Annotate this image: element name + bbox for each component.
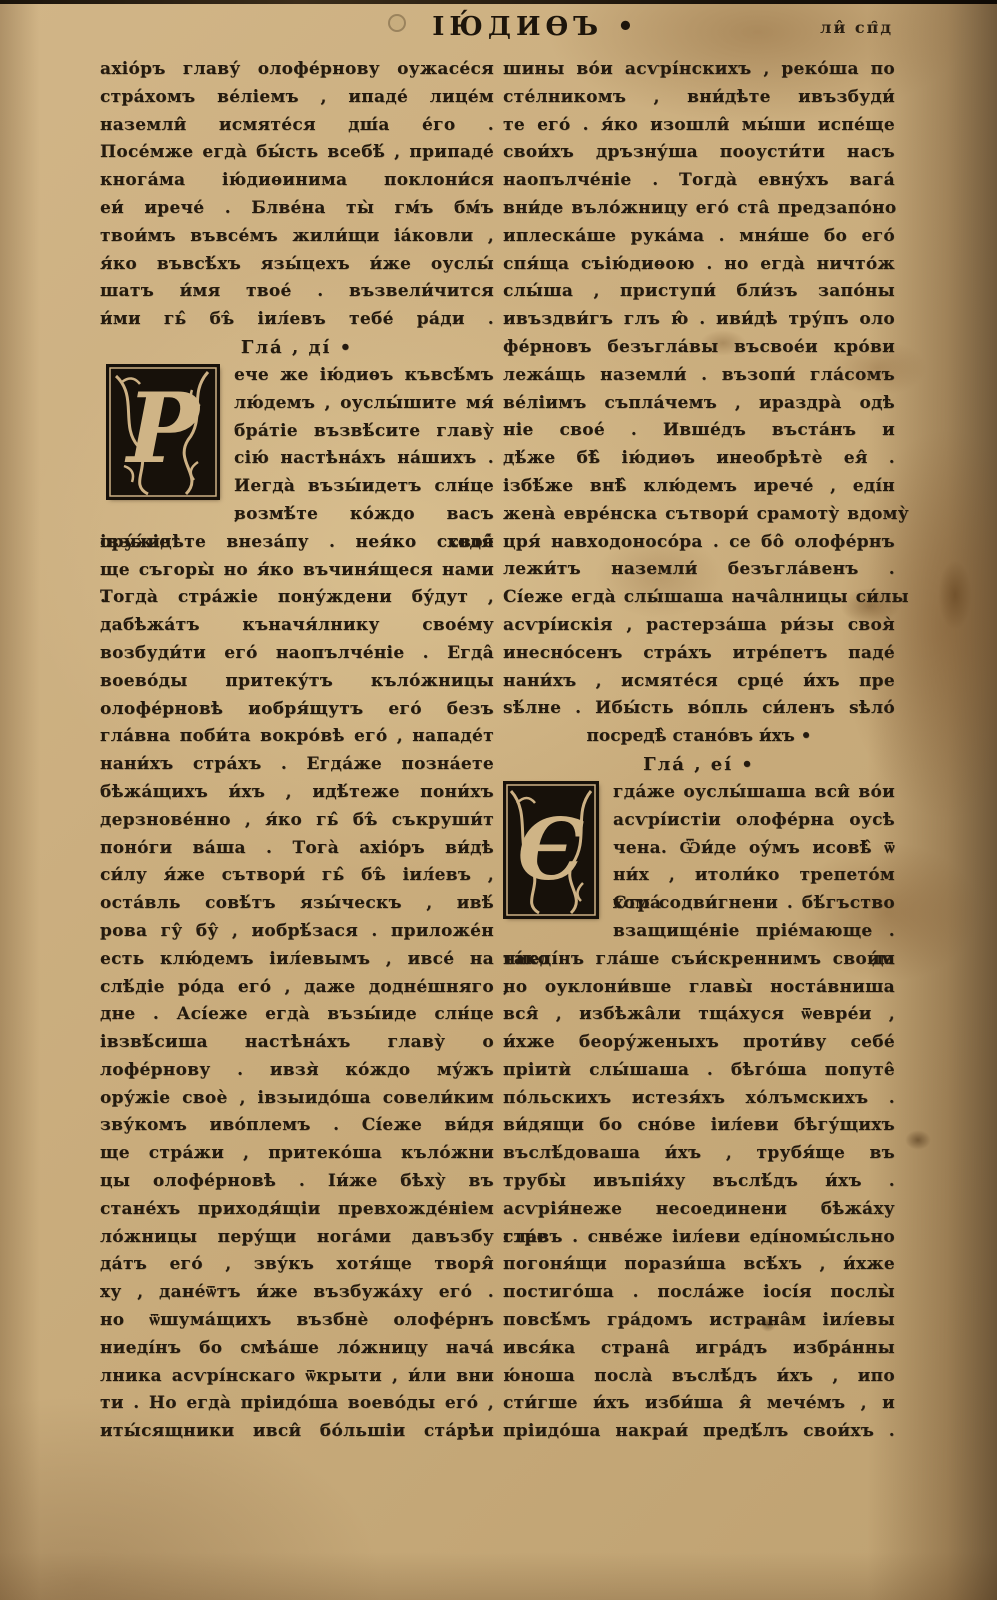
text-line: івзы́идѣте внеза́пу . нея́ко сходя̂ — [100, 529, 494, 557]
text-line: по́льскихъ истезя́хъ хо́лъмскихъ . — [503, 1085, 895, 1113]
paper-stain — [905, 1130, 931, 1150]
text-line: дѣ́же бѣ̂ ію́диѳъ инеобрѣтѐ ея̂ . — [503, 445, 895, 473]
text-line: дабѣжа́тъ къначя́лнику свое́му — [100, 612, 494, 640]
folio-number: ли̂ сп̑д — [820, 18, 893, 37]
text-line: ще стра́жи , притеко́ша къло́жни — [100, 1140, 494, 1168]
text-line: цря́ навходоносо́ра . се бо̂ олофе́рнъ — [503, 529, 895, 557]
initial-letter: Є — [505, 783, 597, 917]
woodcut-initial-e: Є — [505, 783, 597, 917]
text-line: Сі́еже егда̀ слы́шаша нача̂лницы си́лы — [503, 584, 895, 612]
text-line: лежи́тъ наземли́ безъгла́венъ . — [503, 556, 895, 584]
text-line: пріидо́ша накраи́ предѣ́лъ свои́хъ . — [503, 1418, 895, 1446]
text-line: возбуди́ти его́ наопълче́ніе . Егда̂ — [100, 640, 494, 668]
text-line: ще съгоры̀ но я́ко въчиня́щеся нами . — [100, 557, 494, 585]
text-line: асѵрія́неже несоединени бѣжа́ху стре — [503, 1196, 895, 1224]
text-line: инесно́сенъ стра́хъ итре́петъ паде́ — [503, 640, 895, 668]
text-line: слѣ́діе ро́да его́ , даже додне́шняго — [100, 974, 494, 1002]
text-line: шатъ и́мя твое́ . възвели́чится — [100, 278, 494, 306]
text-line: асѵрі́искія , растерза́ша ри́зы своя̀ — [503, 612, 895, 640]
text-line: ізбѣ́же внѣ̂ клю́демъ ирече́ , еді́н — [503, 473, 895, 501]
text-line: лежа́щь наземли́ . възопи́ гла́сомъ — [503, 362, 895, 390]
left-text-column: ахіо́ръ главу́ олофе́рнову оужасе́сястра… — [100, 56, 494, 1446]
paper-stain — [938, 560, 972, 630]
book-page-scan: ІЮ́ДИѲЪ • ли̂ сп̑д ахіо́ръ главу́ олофе́… — [0, 0, 997, 1600]
text-line: дне . Асі́еже егда̀ възы́иде слн́це — [100, 1001, 494, 1029]
text-line: вся̂ , избѣжа̂ли тща́хуся ѿевре́и , — [503, 1001, 895, 1029]
text-line: воево́ды притеку́тъ къло́жницы — [100, 668, 494, 696]
text-line: ниеді́нъ бо смѣа́ше ло́жницу нача́ — [100, 1335, 494, 1363]
text-line: стане́хъ приходя́щіи превхожде́ніем — [100, 1196, 494, 1224]
text-line: иты́сящники ивси̂ бо́льшіи ста́рѣи — [100, 1418, 494, 1446]
scan-top-edge — [0, 0, 997, 4]
chapter-14-text: Р ече же ію́диѳъ къвсѣ́мълю́демъ , оуслы… — [100, 362, 494, 1446]
text-line: погоня́щи порази́ша всѣ́хъ , и́хже — [503, 1251, 895, 1279]
text-line: ився́ка страна̂ игра́дъ избра́нны — [503, 1335, 895, 1363]
text-line: зву́комъ иво́племъ . Сі́еже ви́дя — [100, 1112, 494, 1140]
text-line: Посе́мже егда̀ бы́сть всебѣ́ , припаде́ — [100, 139, 494, 167]
text-line: лника асѵрі́нскаго ѿкрыти , и́ли вни — [100, 1363, 494, 1391]
text-line: фе́рновъ безъгла́вы въсвое́и кро́ви — [503, 334, 895, 362]
text-line: ахіо́ръ главу́ олофе́рнову оужасе́ся — [100, 56, 494, 84]
text-line: ху , дане́ѿтъ и́же възбужа́ху его́ . — [100, 1279, 494, 1307]
text-line: трубы̀ ивъпія́ху въслѣ́дъ и́хъ . — [503, 1168, 895, 1196]
text-line: ви́дящи бо сно́ве іил́еви бѣгу́щихъ — [503, 1112, 895, 1140]
text-line: иплеска́ше рука́ма . мня́ше бо его́ — [503, 223, 895, 251]
paragraph-continuation: шины во́и асѵрі́нскихъ , реко́ша посте́л… — [503, 56, 895, 723]
text-line: сте́лникомъ , вни́дѣте ивъзбуди́ — [503, 84, 895, 112]
text-line: гла́въ . снве́же іил́еви еді́номы́сльно — [503, 1224, 895, 1252]
text-line: вни́де въло́жницу его́ ста̂ предзапо́но — [503, 195, 895, 223]
text-line: ти . Но егда̀ пріидо́ша воево́ды его́ , — [100, 1390, 494, 1418]
text-line: оста́вль совѣ́тъ язы́ческъ , ивѣ́ — [100, 890, 494, 918]
text-line: цы олофе́рновѣ . Іи́же бѣху̀ въ — [100, 1168, 494, 1196]
text-line: но ѿшума́щихъ възбнѐ олофе́рнъ — [100, 1307, 494, 1335]
text-line: да́тъ его́ , зву́къ хотя́ще творя̂ — [100, 1251, 494, 1279]
text-line: я́ко въвсѣ́хъ язы́цехъ и́же оуслы́ — [100, 251, 494, 279]
text-line: гла́вна поби́та вокро́вѣ его́ , нападе́т — [100, 723, 494, 751]
text-line: спя́ща съію́диѳою . но егда̀ ничто́ж — [503, 251, 895, 279]
paragraph-end-line: посредѣ̀ стано́въ и́хъ • — [503, 723, 895, 751]
text-line: поно́ги ва́ша . Тога̀ ахіо́ръ ви́дѣ — [100, 835, 494, 863]
text-line: ивъздви́гъ глъ ю̂ . иви́дѣ тру́пъ оло — [503, 306, 895, 334]
text-line: те его́ . я́ко изошли̂ мы́ши испе́ще — [503, 112, 895, 140]
text-line: жена̀ евре́нска сътвори́ срамоту̀ вдому̀ — [503, 501, 895, 529]
text-line: ниеді́нъ гла́ше съи́скреннимъ свои́м , — [503, 946, 895, 974]
initial-letter: Р — [108, 366, 218, 498]
text-line: ѕѣ́лне . Ибы́сть во́пль си́ленъ ѕѣло́ — [503, 695, 895, 723]
text-line: нани́хъ стра́хъ . Егда́же позна́ете — [100, 751, 494, 779]
text-line: нани́хъ , исмяте́ся срце́ и́хъ пре — [503, 668, 895, 696]
right-text-column: шины во́и асѵрі́нскихъ , реко́ша посте́л… — [503, 56, 895, 1446]
text-line: дерзнове́нно , я́ко гь̂ бъ̂ съкруши́т — [100, 807, 494, 835]
text-line: есть клю́демъ іил́евымъ , ивсе́ на — [100, 946, 494, 974]
text-line: ю́ноша посла̀ въслѣ́дъ и́хъ , ипо — [503, 1363, 895, 1391]
text-line: наземли̂ исмяте́ся дш́а е́го . — [100, 112, 494, 140]
text-line: ніе свое́ . Ивше́дъ въста́нъ и — [503, 417, 895, 445]
paragraph-continuation: ахіо́ръ главу́ олофе́рнову оужасе́сястра… — [100, 56, 494, 334]
text-line: стра́хомъ ве́ліемъ , ипаде́ лице́м — [100, 84, 494, 112]
chapter-15-heading: Гла́ , еі́ • — [503, 751, 895, 779]
text-line: бѣжа́щихъ и́хъ , идѣ́теже пони́хъ — [100, 779, 494, 807]
text-line: и́ми гь̂ бъ̂ іил́евъ тебе́ ра́ди . — [100, 306, 494, 334]
text-line: свои́хъ дръзну́ша пооусти́ти насъ — [503, 139, 895, 167]
text-line: но оуклони́вше главы̀ носта́вниша — [503, 974, 895, 1002]
text-line: въслѣ́доваша и́хъ , трубя́ще въ — [503, 1140, 895, 1168]
text-line: пріитѝ слы́шаша . бѣго́ша попуте̂ — [503, 1057, 895, 1085]
text-line: ло́жницы перу́щи нога́ми давъзбу — [100, 1224, 494, 1252]
text-line: взащище́ніе пріе́мающе . та́ко да — [503, 918, 895, 946]
chapter-14-heading: Гла́ , ді́ • — [100, 334, 494, 362]
text-line: олофе́рновѣ иобря́щутъ его́ безъ — [100, 696, 494, 724]
text-line: твои́мъ въвсе́мъ жили́щи іа́ковли , — [100, 223, 494, 251]
text-line: рова гу̂ бу̂ , иобрѣ́зася . приложе́н — [100, 918, 494, 946]
text-line: повсѣ́мъ гра́домъ истрана̂м іил́евы — [503, 1307, 895, 1335]
text-line: постиго́ша . посла́же іосі́я послы̀ — [503, 1279, 895, 1307]
text-line: Тогда̀ стра́жіе пону́ждени бу́дут , — [100, 584, 494, 612]
chapter-15-text: Є гда́же оуслы́шаша вси̂ во́иасѵрі́истіи… — [503, 779, 895, 1446]
text-line: и́хже беору́женыхъ проти́ву себе́ — [503, 1029, 895, 1057]
text-line: ору́жіе своѐ , івзыидо́ша совели́ким — [100, 1085, 494, 1113]
text-line: си́лу я́же сътвори́ гь̂ бъ̂ іил́евъ , — [100, 862, 494, 890]
text-line: сти́гше и́хъ изби́ша я̂ мече́мъ , и — [503, 1390, 895, 1418]
text-line: лофе́рнову . ивзя̀ ко́ждо му́жъ — [100, 1057, 494, 1085]
text-line: возмѣ́те ко́ждо васъ ору́жіе свое́ — [100, 501, 494, 529]
text-line: кнога́ма ію́диѳинима поклони́ся — [100, 167, 494, 195]
woodcut-initial-r: Р — [108, 366, 218, 498]
text-line: наопълче́ніе . Тогда̀ евну́хъ вага́ — [503, 167, 895, 195]
text-line: ве́ліимъ съпла́чемъ , ираздра̀ одѣ — [503, 390, 895, 418]
text-line: слы́ша , приступи́ бли́зъ запо́ны — [503, 278, 895, 306]
text-line: івзвѣ́сиша настѣна́хъ главу̀ о — [100, 1029, 494, 1057]
text-line: шины во́и асѵрі́нскихъ , реко́ша по — [503, 56, 895, 84]
text-line: еи́ ирече́ . Блве́на ты̀ гм́ъ бм́ъ — [100, 195, 494, 223]
